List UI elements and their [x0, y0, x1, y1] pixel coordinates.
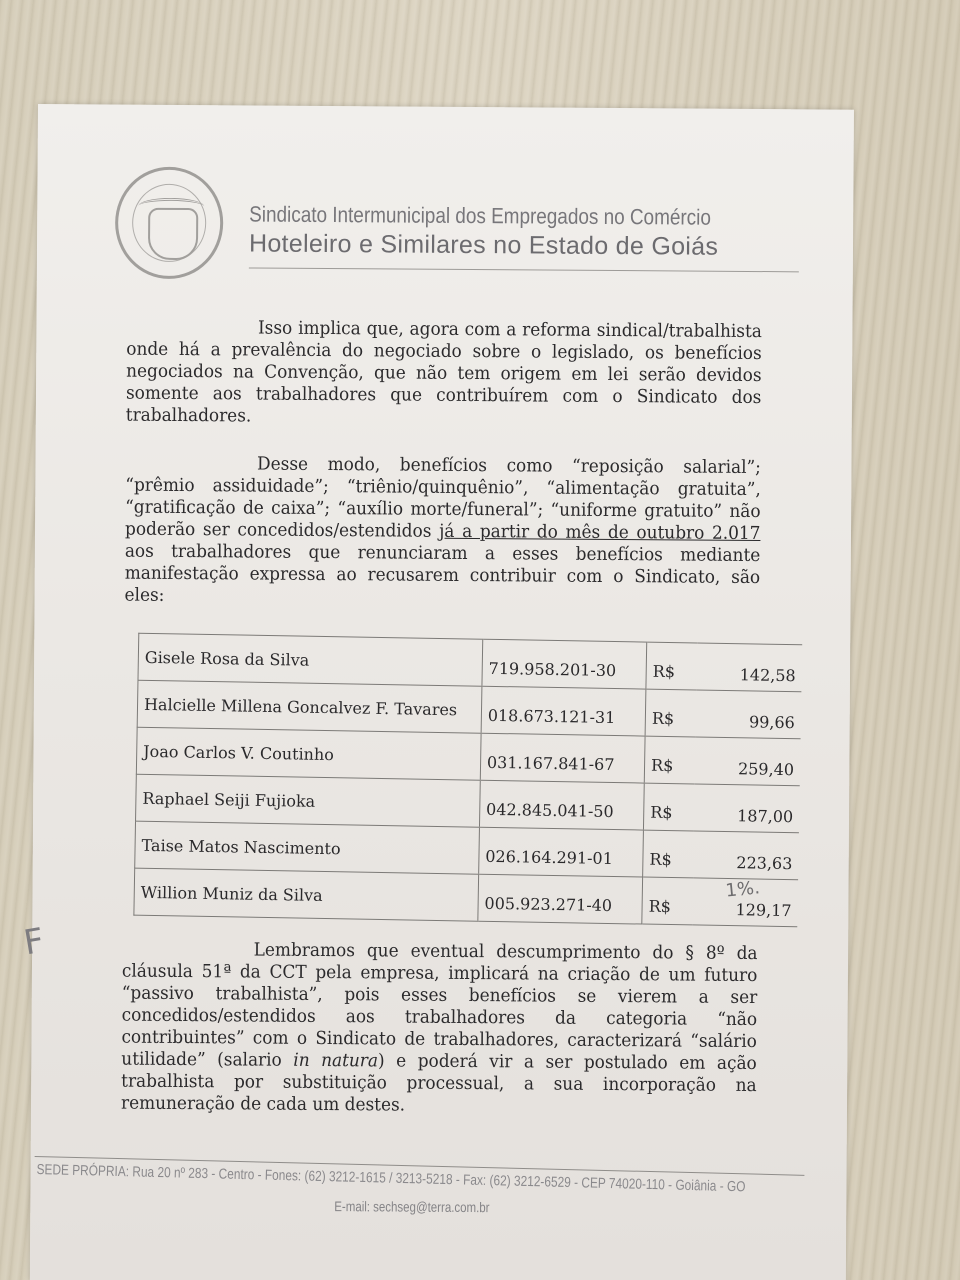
- document-page: Sindicato Intermunicipal dos Empregados …: [30, 104, 854, 1280]
- paragraph-warning: Lembramos que eventual descumprimento do…: [121, 939, 758, 1119]
- worker-amount: 187,00: [694, 784, 800, 833]
- paragraph-benefits-text: Desse modo, benefícios como “reposição s…: [124, 453, 760, 611]
- worker-currency: R$: [643, 830, 694, 878]
- worker-cpf: 026.164.291-01: [479, 827, 644, 877]
- workers-table: Gisele Rosa da Silva719.958.201-30R$142,…: [133, 633, 802, 928]
- worker-currency: R$: [642, 877, 693, 925]
- paragraph-reform-text: Isso implica que, agora com a reforma si…: [126, 317, 762, 431]
- paragraph-benefits: Desse modo, benefícios como “reposição s…: [124, 453, 760, 611]
- worker-name: Willion Muniz da Silva: [134, 868, 479, 921]
- handwritten-margin-mark: F: [21, 921, 47, 964]
- letterhead-line-1: Sindicato Intermunicipal dos Empregados …: [249, 201, 711, 230]
- worker-amount: 99,66: [695, 690, 801, 739]
- footer-address: SEDE PRÓPRIA: Rua 20 nº 283 - Centro - F…: [36, 1162, 676, 1194]
- worker-currency: R$: [645, 689, 696, 737]
- worker-name: Halcielle Millena Goncalvez F. Tavares: [137, 680, 482, 733]
- benefits-deadline-underlined: já a partir do mês de outubro 2.017: [439, 521, 761, 544]
- worker-cpf: 042.845.041-50: [479, 780, 644, 830]
- worker-cpf: 031.167.841-67: [480, 733, 645, 783]
- worker-currency: R$: [644, 736, 695, 784]
- worker-currency: R$: [644, 783, 695, 831]
- footer-email: E-mail: sechseg@terra.com.br: [334, 1198, 489, 1215]
- worker-amount: 142,58: [696, 643, 802, 692]
- benefits-text-after: aos trabalhadores que renunciaram a esse…: [125, 541, 761, 606]
- union-seal-logo-icon: [115, 167, 224, 280]
- warning-text-italic: in natura: [293, 1050, 378, 1072]
- letterhead-divider: [249, 267, 799, 272]
- worker-name: Taise Matos Nascimento: [135, 821, 480, 874]
- worker-name: Joao Carlos V. Coutinho: [136, 727, 481, 780]
- paragraph-warning-text: Lembramos que eventual descumprimento do…: [121, 939, 758, 1119]
- worker-amount: 259,40: [694, 737, 800, 786]
- worker-currency: R$: [646, 642, 697, 690]
- worker-name: Gisele Rosa da Silva: [138, 633, 483, 686]
- worker-cpf: 719.958.201-30: [482, 639, 647, 689]
- worker-name: Raphael Seiji Fujioka: [136, 774, 481, 827]
- handwritten-note: 1%.: [725, 877, 761, 901]
- logo-shield: [148, 208, 198, 260]
- worker-cpf: 005.923.271-40: [478, 874, 643, 924]
- paragraph-reform: Isso implica que, agora com a reforma si…: [126, 317, 762, 431]
- worker-amount: 223,63: [693, 831, 799, 880]
- letterhead-line-2: Hoteleiro e Similares no Estado de Goiás: [249, 229, 718, 261]
- worker-cpf: 018.673.121-31: [481, 686, 646, 736]
